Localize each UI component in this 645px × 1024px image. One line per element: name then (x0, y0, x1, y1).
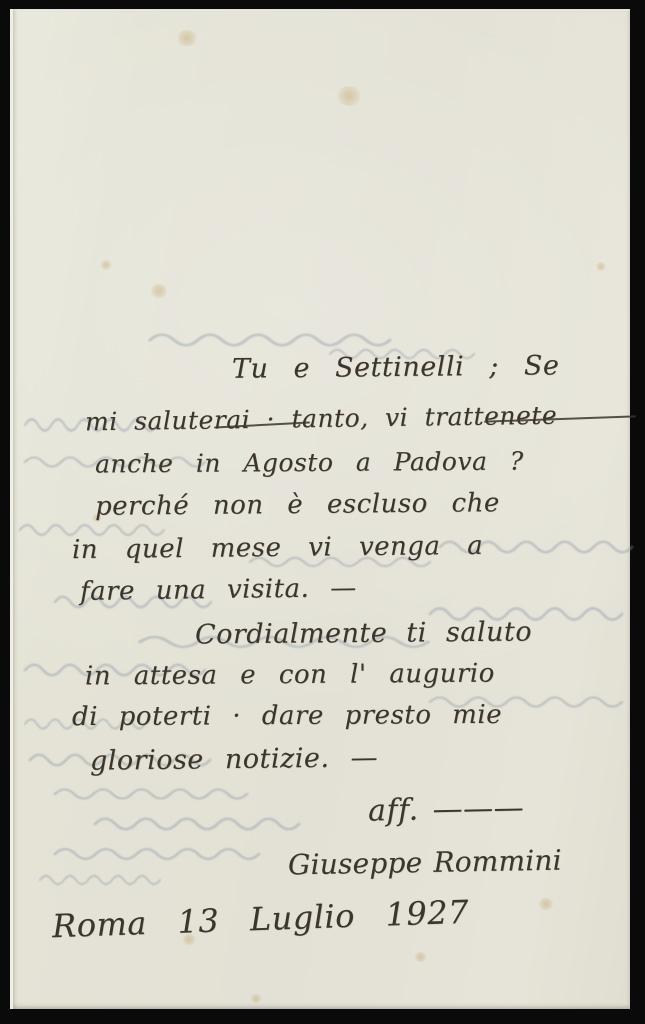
scanned-letter-page: Tu e Settinelli ; Se mi saluterai · tant… (0, 0, 645, 1024)
paper-sheet (10, 9, 630, 1009)
